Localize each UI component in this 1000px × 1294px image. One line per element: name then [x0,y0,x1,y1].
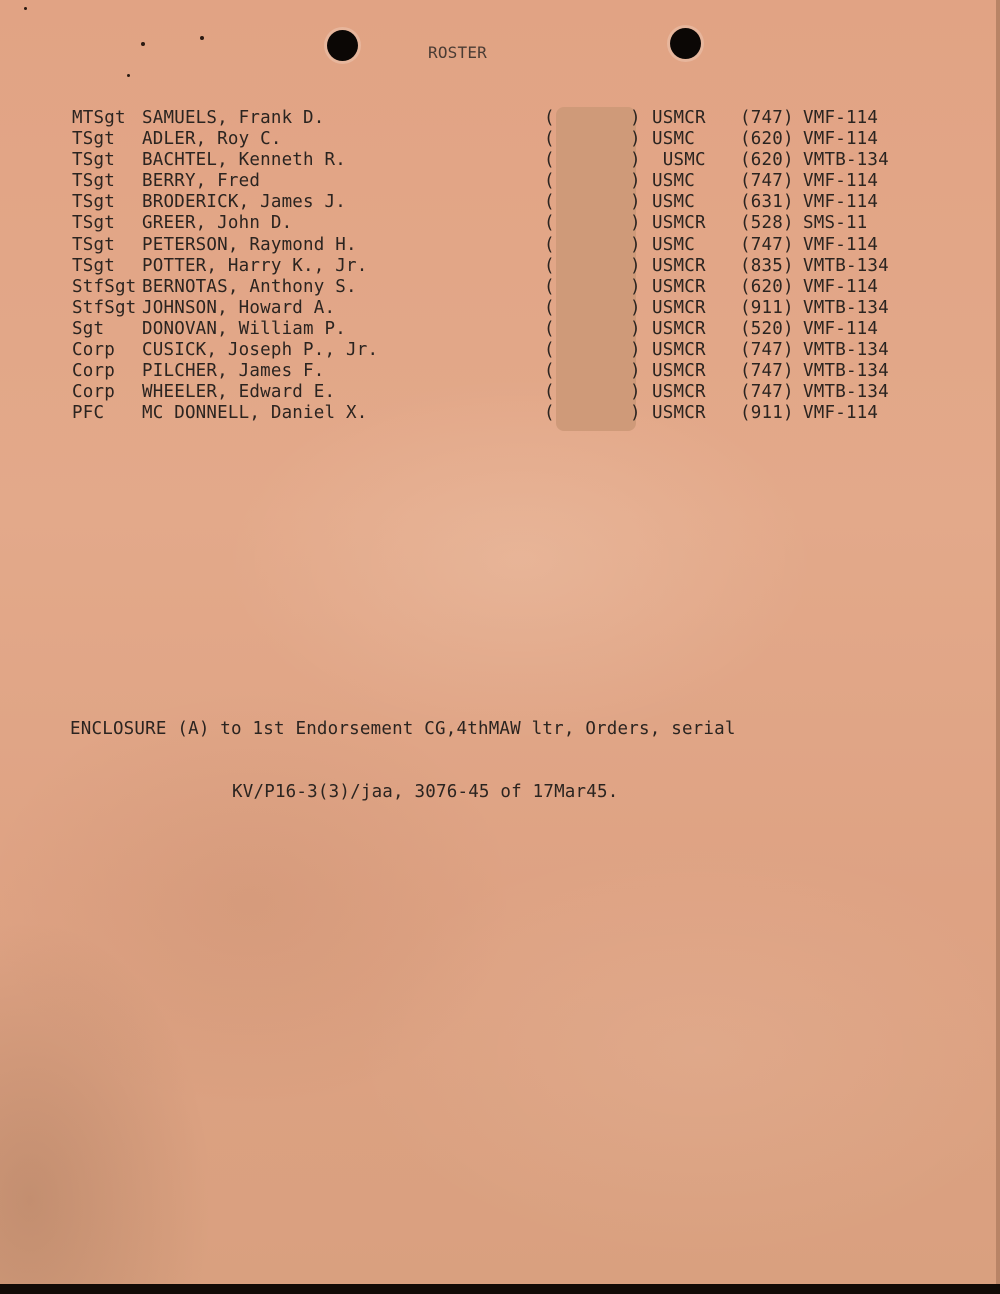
paren-open: ( [544,277,555,298]
component-cell: USMCR [652,403,706,424]
rank-cell: TSgt [72,192,115,213]
roster-row: TSgtBACHTEL, Kenneth R.() USMC(620)VMTB-… [72,150,922,171]
paren-open: ( [544,235,555,256]
enclosure-note: ENCLOSURE (A) to 1st Endorsement CG,4thM… [70,677,736,845]
rank-cell: StfSgt [72,298,136,319]
mos-cell: (520) [740,319,794,340]
component-cell: USMCR [652,298,706,319]
component-cell: USMC [652,192,695,213]
mos-cell: (911) [740,298,794,319]
paren-open: ( [544,150,555,171]
paren-open: ( [544,129,555,150]
mos-cell: (747) [740,108,794,129]
name-cell: CUSICK, Joseph P., Jr. [142,340,378,361]
paren-close: ) [630,361,641,382]
component-cell: USMC [652,129,695,150]
paren-open: ( [544,108,555,129]
rank-cell: TSgt [72,213,115,234]
unit-cell: VMTB-134 [803,340,889,361]
roster-row: TSgtBERRY, Fred()USMC(747)VMF-114 [72,171,922,192]
mos-cell: (747) [740,382,794,403]
paren-close: ) [630,213,641,234]
paren-open: ( [544,256,555,277]
name-cell: JOHNSON, Howard A. [142,298,335,319]
unit-cell: VMF-114 [803,235,878,256]
mos-cell: (620) [740,129,794,150]
rank-cell: Corp [72,340,115,361]
rank-cell: Sgt [72,319,104,340]
component-cell: USMC [652,235,695,256]
page-title: ROSTER [428,43,487,62]
roster-row: MTSgtSAMUELS, Frank D.()USMCR(747)VMF-11… [72,108,922,129]
paper-speck [200,36,204,40]
paper-speck [24,7,27,10]
paren-close: ) [630,256,641,277]
rank-cell: TSgt [72,171,115,192]
paper-speck [141,42,145,46]
paren-close: ) [630,171,641,192]
paren-close: ) [630,340,641,361]
component-cell: USMCR [652,213,706,234]
name-cell: ADLER, Roy C. [142,129,282,150]
punch-hole-right [670,28,701,59]
enclosure-line-1: ENCLOSURE (A) to 1st Endorsement CG,4thM… [70,719,736,740]
paren-open: ( [544,213,555,234]
unit-cell: VMF-114 [803,171,878,192]
name-cell: PILCHER, James F. [142,361,325,382]
component-cell: USMCR [652,256,706,277]
page-edge-right [996,0,1000,1294]
roster-row: CorpWHEELER, Edward E.()USMCR(747)VMTB-1… [72,382,922,403]
mos-cell: (620) [740,277,794,298]
component-cell: USMC [652,171,695,192]
paren-open: ( [544,382,555,403]
roster-row: TSgtPOTTER, Harry K., Jr.()USMCR(835)VMT… [72,256,922,277]
document-page: ROSTER MTSgtSAMUELS, Frank D.()USMCR(747… [0,0,996,1284]
paren-close: ) [630,108,641,129]
component-cell: USMCR [652,382,706,403]
paren-close: ) [630,235,641,256]
unit-cell: VMF-114 [803,129,878,150]
rank-cell: TSgt [72,235,115,256]
roster-list: MTSgtSAMUELS, Frank D.()USMCR(747)VMF-11… [72,108,922,424]
roster-row: SgtDONOVAN, William P.()USMCR(520)VMF-11… [72,319,922,340]
roster-row: TSgtADLER, Roy C.()USMC(620)VMF-114 [72,129,922,150]
paper-speck [127,74,130,77]
unit-cell: VMF-114 [803,319,878,340]
unit-cell: VMTB-134 [803,382,889,403]
roster-row: StfSgtBERNOTAS, Anthony S.()USMCR(620)VM… [72,277,922,298]
roster-row: CorpPILCHER, James F.()USMCR(747)VMTB-13… [72,361,922,382]
component-cell: USMCR [652,108,706,129]
name-cell: POTTER, Harry K., Jr. [142,256,367,277]
name-cell: PETERSON, Raymond H. [142,235,357,256]
paren-close: ) [630,403,641,424]
unit-cell: VMTB-134 [803,361,889,382]
roster-row: TSgtGREER, John D.()USMCR(528)SMS-11 [72,213,922,234]
paren-open: ( [544,171,555,192]
paren-close: ) [630,319,641,340]
unit-cell: VMF-114 [803,277,878,298]
roster-row: TSgtPETERSON, Raymond H.()USMC(747)VMF-1… [72,235,922,256]
paren-close: ) [630,277,641,298]
rank-cell: PFC [72,403,104,424]
component-cell: USMC [652,150,706,171]
roster-row: PFCMC DONNELL, Daniel X.()USMCR(911)VMF-… [72,403,922,424]
name-cell: WHEELER, Edward E. [142,382,335,403]
name-cell: BERNOTAS, Anthony S. [142,277,357,298]
name-cell: MC DONNELL, Daniel X. [142,403,367,424]
paren-open: ( [544,298,555,319]
paren-open: ( [544,192,555,213]
name-cell: BERRY, Fred [142,171,260,192]
rank-cell: StfSgt [72,277,136,298]
punch-hole-left [327,30,358,61]
name-cell: DONOVAN, William P. [142,319,346,340]
mos-cell: (528) [740,213,794,234]
enclosure-line-2: KV/P16-3(3)/jaa, 3076-45 of 17Mar45. [70,782,736,803]
paren-close: ) [630,298,641,319]
component-cell: USMCR [652,277,706,298]
rank-cell: TSgt [72,129,115,150]
name-cell: BACHTEL, Kenneth R. [142,150,346,171]
unit-cell: VMTB-134 [803,298,889,319]
paren-close: ) [630,129,641,150]
name-cell: BRODERICK, James J. [142,192,346,213]
rank-cell: Corp [72,382,115,403]
paren-close: ) [630,382,641,403]
component-cell: USMCR [652,340,706,361]
unit-cell: VMTB-134 [803,256,889,277]
unit-cell: SMS-11 [803,213,867,234]
paren-close: ) [630,150,641,171]
page-edge-bottom [0,1284,1000,1294]
roster-row: TSgtBRODERICK, James J.()USMC(631)VMF-11… [72,192,922,213]
rank-cell: TSgt [72,150,115,171]
mos-cell: (631) [740,192,794,213]
name-cell: GREER, John D. [142,213,292,234]
mos-cell: (911) [740,403,794,424]
paren-open: ( [544,340,555,361]
component-cell: USMCR [652,361,706,382]
mos-cell: (835) [740,256,794,277]
mos-cell: (620) [740,150,794,171]
mos-cell: (747) [740,171,794,192]
roster-row: StfSgtJOHNSON, Howard A.()USMCR(911)VMTB… [72,298,922,319]
mos-cell: (747) [740,361,794,382]
rank-cell: MTSgt [72,108,126,129]
rank-cell: TSgt [72,256,115,277]
unit-cell: VMF-114 [803,403,878,424]
paren-close: ) [630,192,641,213]
paren-open: ( [544,361,555,382]
paren-open: ( [544,319,555,340]
rank-cell: Corp [72,361,115,382]
component-cell: USMCR [652,319,706,340]
unit-cell: VMF-114 [803,108,878,129]
paren-open: ( [544,403,555,424]
unit-cell: VMTB-134 [803,150,889,171]
mos-cell: (747) [740,235,794,256]
roster-row: CorpCUSICK, Joseph P., Jr.()USMCR(747)VM… [72,340,922,361]
name-cell: SAMUELS, Frank D. [142,108,325,129]
mos-cell: (747) [740,340,794,361]
unit-cell: VMF-114 [803,192,878,213]
